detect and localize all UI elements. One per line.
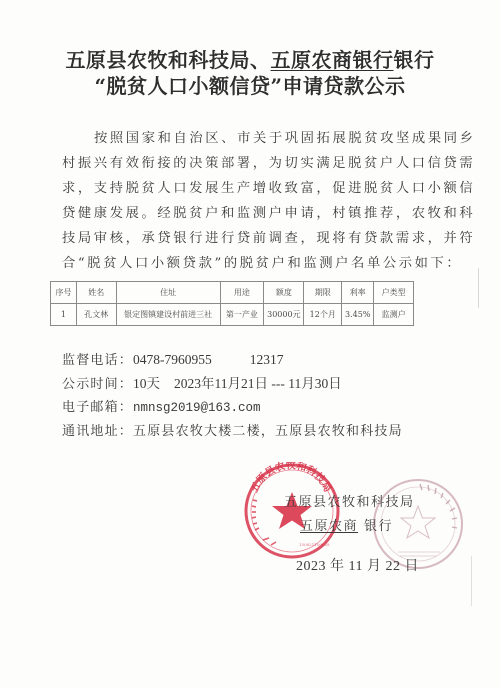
header-household-type: 户类型	[374, 282, 414, 304]
body-line-6: 合“脱贫人口小额贷款”的脱贫户和监测户名单公示如下：	[62, 251, 438, 276]
header-address: 住址	[116, 282, 220, 304]
cell-term: 12个月	[304, 304, 342, 326]
period-label: 公示时间：	[62, 377, 133, 392]
header-name: 姓名	[76, 282, 116, 304]
email-value: nmnsg2019@163.com	[133, 401, 261, 415]
header-amount: 额度	[264, 282, 304, 304]
period-days: 10天	[133, 376, 160, 391]
address-label: 通讯地址：	[62, 424, 133, 439]
body-line-5: 技局审核，承贷银行进行贷前调查，现将有贷款需求，并符	[62, 226, 438, 251]
cell-rate: 3.45%	[342, 304, 374, 326]
table-header-row: 序号 姓名 住址 用途 额度 期限 利率 户类型	[51, 282, 414, 304]
header-term: 期限	[304, 282, 342, 304]
mailing-address: 通讯地址：五原县农牧大楼二楼，五原县农牧和科技局	[62, 422, 403, 442]
title-org2-suffix: 银行	[394, 48, 435, 72]
email-label: 电子邮箱：	[62, 400, 133, 415]
announcement-period: 公示时间：10天2023年11月21日 --- 11月30日	[62, 374, 342, 395]
signature-org2-suffix: 银行	[364, 519, 393, 534]
svg-text:五原县农牧和科技局: 五原县农牧和科技局	[248, 462, 334, 495]
signature-date: 2023 年 11 月 22 日	[296, 555, 419, 575]
body-line-3: 求，支持脱贫人口发展生产增收致富，促进脱贫人口小额信	[62, 176, 438, 201]
title-org1: 五原县农牧和科技局、	[66, 48, 271, 72]
cell-address: 银定图镇建设村前进三社	[116, 304, 220, 326]
header-purpose: 用途	[220, 282, 264, 304]
scan-artifact-line	[471, 556, 472, 606]
scan-artifact-line	[478, 268, 479, 308]
header-rate: 利率	[342, 282, 374, 304]
document-title-line1: 五原县农牧和科技局、五原农商银行银行	[0, 47, 500, 73]
document-page: 五原县农牧和科技局、五原农商银行银行 “脱贫人口小额信贷”申请贷款公示 按照国家…	[0, 0, 500, 688]
agency-seal-stamp: 五原县农牧和科技局 150821100028	[243, 462, 341, 560]
body-line-4: 贷健康发展。经脱贫户和监测户申请，村镇推荐，农牧和科	[62, 201, 438, 226]
supervision-phone: 监督电话：0478-796095512317	[62, 350, 284, 371]
address-value: 五原县农牧大楼二楼，五原县农牧和科技局	[133, 424, 403, 439]
cell-index: 1	[51, 304, 77, 326]
table-row: 1 孔文林 银定图镇建设村前进三社 第一产业 30000元 12个月 3.45%…	[51, 304, 414, 326]
star-icon	[401, 506, 435, 538]
title-org2-underlined: 五原农商银行	[271, 48, 394, 72]
cell-household-type: 监测户	[374, 304, 414, 326]
seal-text: 五原县农牧和科技局	[248, 462, 334, 495]
cell-name: 孔文林	[76, 304, 116, 326]
header-index: 序号	[51, 282, 77, 304]
email: 电子邮箱：nmnsg2019@163.com	[62, 398, 261, 418]
cell-purpose: 第一产业	[220, 304, 264, 326]
cell-amount: 30000元	[264, 304, 304, 326]
phone-label: 监督电话：	[62, 353, 133, 368]
loan-applicants-table: 序号 姓名 住址 用途 额度 期限 利率 户类型 1 孔文林 银定图镇建设村前进…	[50, 281, 414, 326]
phone-value-2: 12317	[250, 352, 284, 367]
body-line-2: 村振兴有效衔接的决策部署，为切实满足脱贫户人口信贷需	[62, 151, 438, 176]
phone-value: 0478-7960955	[133, 352, 212, 367]
body-line-1: 按照国家和自治区、市关于巩固拓展脱贫攻坚成果同乡	[94, 126, 470, 151]
signature-org2-underlined: 五原农商	[300, 519, 358, 534]
svg-text:150821100028: 150821100028	[299, 542, 330, 547]
signature-org1: 五原县农牧和科技局	[284, 491, 415, 510]
signature-org2: 五原农商银行	[300, 515, 393, 534]
period-range: 2023年11月21日 --- 11月30日	[174, 376, 342, 391]
document-title-line2: “脱贫人口小额信贷”申请贷款公示	[0, 73, 500, 99]
